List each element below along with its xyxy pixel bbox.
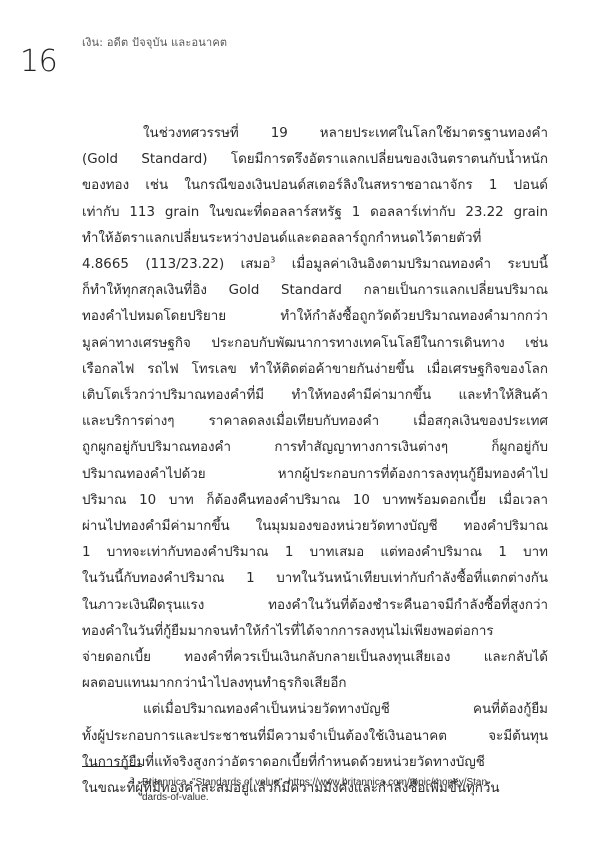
text-line: ของทอง เช่น ในกรณีของเงินปอนด์สเตอร์ลิงใ…	[82, 173, 548, 199]
text-line: ผลตอบแทนมากกว่านำไปลงทุนทำธุรกิจเสียอีก	[82, 671, 548, 697]
text-line: จ่ายดอกเบี้ย ทองคำที่ควรเป็นเงินกลับกลาย…	[82, 645, 548, 671]
text-line: ถูกผูกอยู่กับปริมาณทองคำ การทำสัญญาทางกา…	[82, 435, 548, 461]
text-line: แต่เมื่อปริมาณทองคำเป็นหน่วยวัดทางบัญชี …	[82, 697, 548, 723]
text-line: ในภาวะเงินฝืดรุนแรง ทองคำในวันที่ต้องชำร…	[82, 593, 548, 619]
footnote-text: Britannica, "Standards of value", https:…	[142, 775, 555, 805]
footnote-mark: 3	[130, 773, 134, 788]
text-line: เรือกลไฟ รถไฟ โทรเลข ทำให้ติดต่อค้าขายกั…	[82, 357, 548, 383]
body-text: ในช่วงทศวรรษที่ 19 หลายประเทศในโลกใช้มาต…	[82, 121, 548, 802]
text-line-with-footnote: 4.8665 (113/23.22) เสมอ3 เมื่อมูลค่าเงิน…	[82, 252, 548, 278]
footnote-3: 3 Britannica, "Standards of value", http…	[130, 775, 555, 805]
text-line: ทองคำไปหมดโดยปริยาย ทำให้กำลังซื้อถูกวัด…	[82, 304, 548, 330]
text-line: เท่ากับ 113 grain ในขณะที่ดอลลาร์สหรัฐ 1…	[82, 200, 548, 226]
text-line: ในการกู้ยืมที่แท้จริงสูงกว่าอัตราดอกเบี้…	[82, 750, 548, 776]
text-line: (Gold Standard) โดยมีการตรึงอัตราแลกเปลี…	[82, 147, 548, 173]
text-line: ก็ทำให้ทุกสกุลเงินที่อิง Gold Standard ก…	[82, 278, 548, 304]
text-line: ทั้งผู้ประกอบการและประชาชนที่มีความจำเป็…	[82, 724, 548, 750]
footnote-line[interactable]: dards-of-value.	[142, 790, 555, 805]
text-line: ผ่านไปทองคำมีค่ามากขึ้น ในมุมมองของหน่วย…	[82, 514, 548, 540]
text-line: ปริมาณทองคำไปด้วย หากผู้ประกอบการที่ต้อง…	[82, 462, 548, 488]
text-line: มูลค่าทางเศรษฐกิจ ประกอบกับพัฒนาการทางเท…	[82, 331, 548, 357]
footnote-line[interactable]: Britannica, "Standards of value", https:…	[142, 775, 555, 790]
page-number: 16	[20, 44, 57, 79]
text-line: ในวันนี้กับทองคำปริมาณ 1 บาทในวันหน้าเที…	[82, 566, 548, 592]
text-line: 1 บาทจะเท่ากับทองคำปริมาณ 1 บาทเสมอ แต่ท…	[82, 540, 548, 566]
footnote-divider	[82, 766, 142, 767]
text-line: ทำให้อัตราแลกเปลี่ยนระหว่างปอนด์และดอลลา…	[82, 226, 548, 252]
running-header: เงิน: อดีต ปัจจุบัน และอนาคต	[82, 33, 227, 51]
text-line: เติบโตเร็วกว่าปริมาณทองคำที่มี ทำให้ทองค…	[82, 383, 548, 409]
text-fragment: เมื่อมูลค่าเงินอิงตามปริมาณทองคำ ระบบนี้	[275, 257, 548, 272]
text-line: ทองคำในวันที่กู้ยืมมากจนทำให้กำไรที่ได้จ…	[82, 619, 548, 645]
text-line: ปริมาณ 10 บาท ก็ต้องคืนทองคำปริมาณ 10 บา…	[82, 488, 548, 514]
text-line: ในช่วงทศวรรษที่ 19 หลายประเทศในโลกใช้มาต…	[82, 121, 548, 147]
text-fragment: 4.8665 (113/23.22) เสมอ	[82, 257, 270, 272]
paragraph-1: ในช่วงทศวรรษที่ 19 หลายประเทศในโลกใช้มาต…	[82, 121, 548, 697]
text-line: และบริการต่างๆ ราคาลดลงเมื่อเทียบกับทองค…	[82, 409, 548, 435]
